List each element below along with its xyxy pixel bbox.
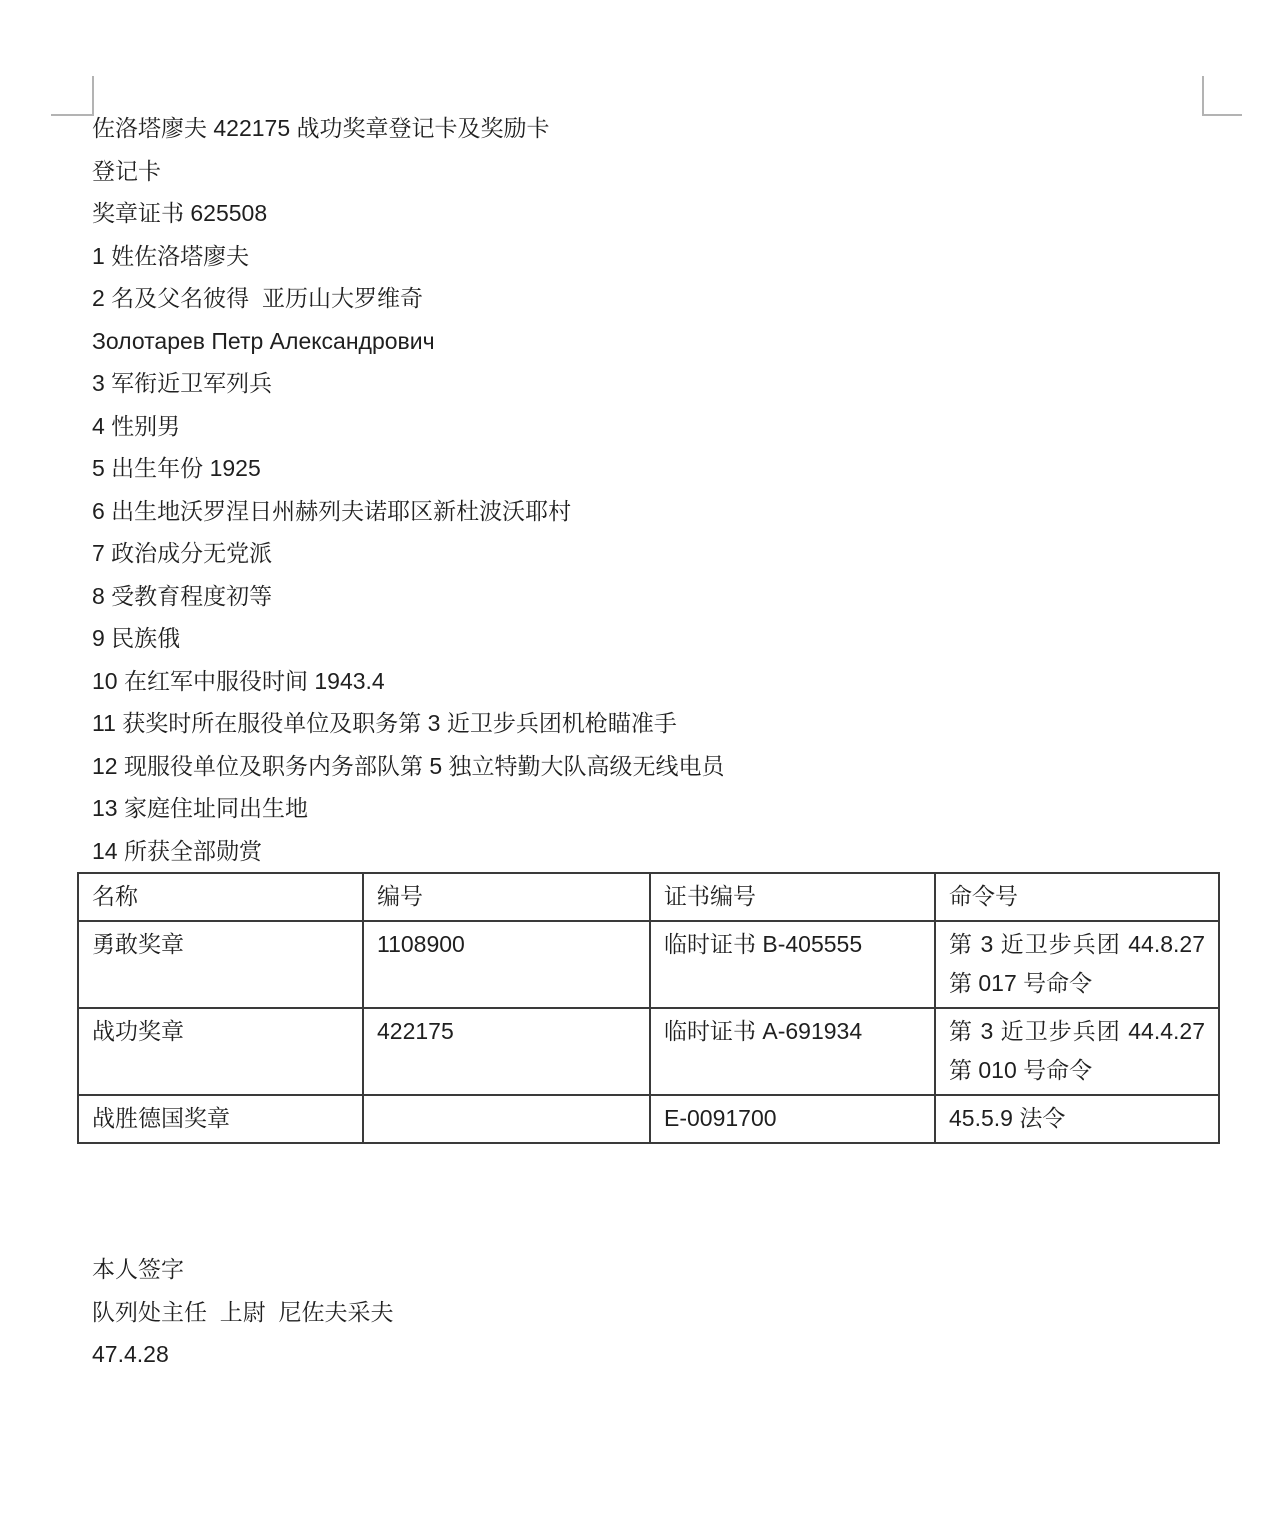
field-education: 8 受教育程度初等 — [92, 575, 1218, 618]
cell-award-name: 战胜德国奖章 — [78, 1095, 363, 1143]
table-row: 战胜德国奖章 E-0091700 45.5.9 法令 — [78, 1095, 1219, 1143]
document-body: 佐洛塔廖夫 422175 战功奖章登记卡及奖励卡 登记卡 奖章证书 625508… — [92, 107, 1218, 872]
cell-award-number: 1108900 — [363, 921, 650, 1008]
table-row: 战功奖章 422175 临时证书 A-691934 第 3 近卫步兵团 44.4… — [78, 1008, 1219, 1095]
cell-award-order: 45.5.9 法令 — [935, 1095, 1219, 1143]
signature-block: 本人签字 队列处主任 上尉 尼佐夫采夫 47.4.28 — [92, 1248, 1218, 1376]
cell-award-order: 第 3 近卫步兵团 44.4.27 第 010 号命令 — [935, 1008, 1219, 1095]
title-line: 佐洛塔廖夫 422175 战功奖章登记卡及奖励卡 — [92, 107, 1218, 150]
field-ethnicity: 9 民族俄 — [92, 617, 1218, 660]
cell-award-certificate: E-0091700 — [650, 1095, 935, 1143]
card-type-line: 登记卡 — [92, 150, 1218, 193]
cell-award-name: 勇敢奖章 — [78, 921, 363, 1008]
field-name-russian: Золотарев Петр Александрович — [92, 320, 1218, 363]
header-award-number: 编号 — [363, 873, 650, 921]
field-political-status: 7 政治成分无党派 — [92, 532, 1218, 575]
field-service-since: 10 在红军中服役时间 1943.4 — [92, 660, 1218, 703]
medal-certificate-line: 奖章证书 625508 — [92, 192, 1218, 235]
cell-award-certificate: 临时证书 A-691934 — [650, 1008, 935, 1095]
text-boundary-corner-top-left — [51, 76, 94, 116]
cell-award-order: 第 3 近卫步兵团 44.8.27 第 017 号命令 — [935, 921, 1219, 1008]
field-birth-year: 5 出生年份 1925 — [92, 447, 1218, 490]
cell-award-number — [363, 1095, 650, 1143]
field-home-address: 13 家庭住址同出生地 — [92, 787, 1218, 830]
awards-table-header-row: 名称 编号 证书编号 命令号 — [78, 873, 1219, 921]
cell-award-number: 422175 — [363, 1008, 650, 1095]
field-given-name: 2 名及父名彼得 亚历山大罗维奇 — [92, 277, 1218, 320]
field-rank: 3 军衔近卫军列兵 — [92, 362, 1218, 405]
field-gender: 4 性别男 — [92, 405, 1218, 448]
awards-table: 名称 编号 证书编号 命令号 勇敢奖章 1108900 临时证书 B-40555… — [77, 872, 1220, 1144]
date-line: 47.4.28 — [92, 1333, 1218, 1376]
field-surname: 1 姓佐洛塔廖夫 — [92, 235, 1218, 278]
field-birth-place: 6 出生地沃罗涅日州赫列夫诺耶区新杜波沃耶村 — [92, 490, 1218, 533]
cell-award-name: 战功奖章 — [78, 1008, 363, 1095]
field-all-awards-label: 14 所获全部勋赏 — [92, 830, 1218, 873]
header-award-certificate: 证书编号 — [650, 873, 935, 921]
header-award-order: 命令号 — [935, 873, 1219, 921]
header-award-name: 名称 — [78, 873, 363, 921]
field-unit-at-award: 11 获奖时所在服役单位及职务第 3 近卫步兵团机枪瞄准手 — [92, 702, 1218, 745]
cell-award-certificate: 临时证书 B-405555 — [650, 921, 935, 1008]
field-current-unit: 12 现服役单位及职务内务部队第 5 独立特勤大队高级无线电员 — [92, 745, 1218, 788]
signature-label: 本人签字 — [92, 1248, 1218, 1291]
officer-line: 队列处主任 上尉 尼佐夫采夫 — [92, 1291, 1218, 1334]
document-page: 佐洛塔廖夫 422175 战功奖章登记卡及奖励卡 登记卡 奖章证书 625508… — [0, 0, 1280, 1537]
table-row: 勇敢奖章 1108900 临时证书 B-405555 第 3 近卫步兵团 44.… — [78, 921, 1219, 1008]
